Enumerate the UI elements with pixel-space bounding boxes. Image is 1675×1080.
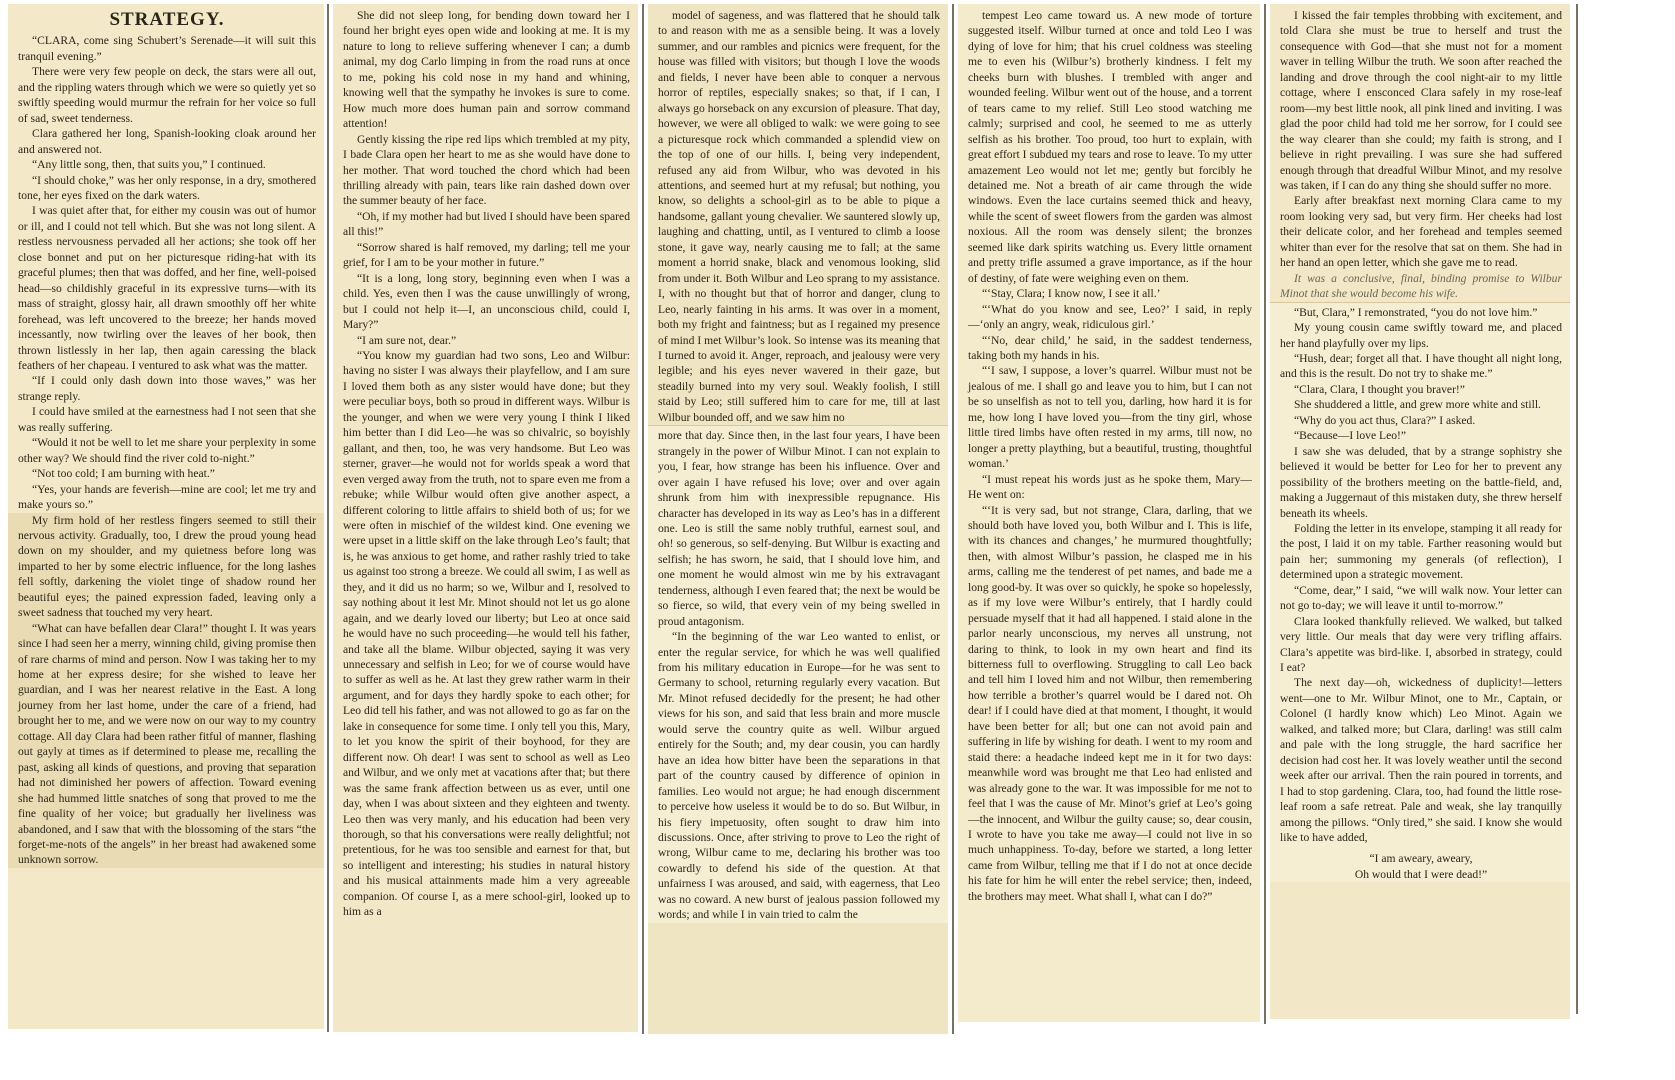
paragraph: “It is a long, long story, beginning eve… — [343, 271, 630, 333]
paragraph: “Sorrow shared is half removed, my darli… — [343, 240, 630, 271]
paragraph: I kissed the fair temples throbbing with… — [1280, 8, 1562, 193]
clipping-seam: more that day. Since then, in the last f… — [648, 425, 948, 923]
column-rule — [327, 4, 329, 1032]
poem-line: “I am aweary, aweary, — [1280, 851, 1562, 866]
clipping-seam: “But, Clara,” I remonstrated, “you do no… — [1270, 302, 1570, 883]
paragraph: She shuddered a little, and grew more wh… — [1280, 397, 1562, 412]
paragraph: “Come, dear,” I said, “we will walk now.… — [1280, 583, 1562, 614]
paragraph: “But, Clara,” I remonstrated, “you do no… — [1280, 305, 1562, 320]
paragraph: Clara looked thankfully relieved. We wal… — [1280, 614, 1562, 676]
paragraph: “‘No, dear child,’ he said, in the sadde… — [968, 333, 1252, 364]
paragraph: I could have smiled at the earnestness h… — [18, 404, 316, 435]
paragraph: Gently kissing the ripe red lips which t… — [343, 132, 630, 209]
article-title: STRATEGY. — [18, 12, 316, 27]
paragraph: “Clara, Clara, I thought you braver!” — [1280, 382, 1562, 397]
column-rule — [952, 4, 954, 1034]
paragraph: I saw she was deluded, that by a strange… — [1280, 444, 1562, 521]
paragraph: It was a conclusive, final, binding prom… — [1280, 271, 1562, 302]
paragraph: “If I could only dash down into those wa… — [18, 373, 316, 404]
article-column-5: I kissed the fair temples throbbing with… — [1270, 4, 1570, 1019]
paragraph: Clara gathered her long, Spanish-looking… — [18, 126, 316, 157]
paragraph: “CLARA, come sing Schubert’s Serenade—it… — [18, 33, 316, 64]
paragraph: “What can have befallen dear Clara!” tho… — [18, 621, 316, 868]
article-column-4: tempest Leo came toward us. A new mode o… — [958, 4, 1260, 1022]
paragraph: model of sageness, and was flattered tha… — [658, 8, 940, 425]
paragraph: “Why do you act thus, Clara?” I asked. — [1280, 413, 1562, 428]
paragraph: “‘It is very sad, but not strange, Clara… — [968, 503, 1252, 905]
paragraph: My young cousin came swiftly toward me, … — [1280, 320, 1562, 351]
paragraph: “Yes, your hands are feverish—mine are c… — [18, 482, 316, 513]
column-rule — [1264, 4, 1266, 1024]
paragraph: I was quiet after that, for either my co… — [18, 203, 316, 373]
poem-line: Oh would that I were dead!” — [1280, 867, 1562, 882]
paragraph: “Would it not be well to let me share yo… — [18, 435, 316, 466]
paragraph: more that day. Since then, in the last f… — [658, 428, 940, 629]
paragraph: “I should choke,” was her only response,… — [18, 173, 316, 204]
paragraph: My firm hold of her restless fingers see… — [18, 513, 316, 621]
paragraph: Folding the letter in its envelope, stam… — [1280, 521, 1562, 583]
paragraph: “In the beginning of the war Leo wanted … — [658, 629, 940, 923]
article-column-1: STRATEGY. “CLARA, come sing Schubert’s S… — [8, 4, 324, 1029]
paragraph: “Any little song, then, that suits you,”… — [18, 157, 316, 172]
paragraph: “‘Stay, Clara; I know now, I see it all.… — [968, 286, 1252, 301]
paragraph: “Not too cold; I am burning with heat.” — [18, 466, 316, 481]
paragraph: She did not sleep long, for bending down… — [343, 8, 630, 132]
paragraph: “‘What do you know and see, Leo?’ I said… — [968, 302, 1252, 333]
paragraph: “Oh, if my mother had but lived I should… — [343, 209, 630, 240]
article-column-2: She did not sleep long, for bending down… — [333, 4, 638, 1032]
column-rule — [1576, 4, 1578, 1014]
paragraph: “Because—I love Leo!” — [1280, 428, 1562, 443]
paragraph: “You know my guardian had two sons, Leo … — [343, 348, 630, 920]
clipping-seam: My firm hold of her restless fingers see… — [8, 513, 324, 868]
paragraph: The next day—oh, wickedness of duplicity… — [1280, 675, 1562, 845]
paragraph: “I must repeat his words just as he spok… — [968, 472, 1252, 503]
newspaper-clipping: STRATEGY. “CLARA, come sing Schubert’s S… — [8, 4, 1570, 1032]
paragraph: “Hush, dear; forget all that. I have tho… — [1280, 351, 1562, 382]
paragraph: There were very few people on deck, the … — [18, 64, 316, 126]
column-rule — [642, 4, 644, 1034]
paragraph: “I am sure not, dear.” — [343, 333, 630, 348]
article-column-3: model of sageness, and was flattered tha… — [648, 4, 948, 1034]
paragraph: “‘I saw, I suppose, a lover’s quarrel. W… — [968, 363, 1252, 471]
paragraph: Early after breakfast next morning Clara… — [1280, 193, 1562, 270]
paragraph: tempest Leo came toward us. A new mode o… — [968, 8, 1252, 286]
